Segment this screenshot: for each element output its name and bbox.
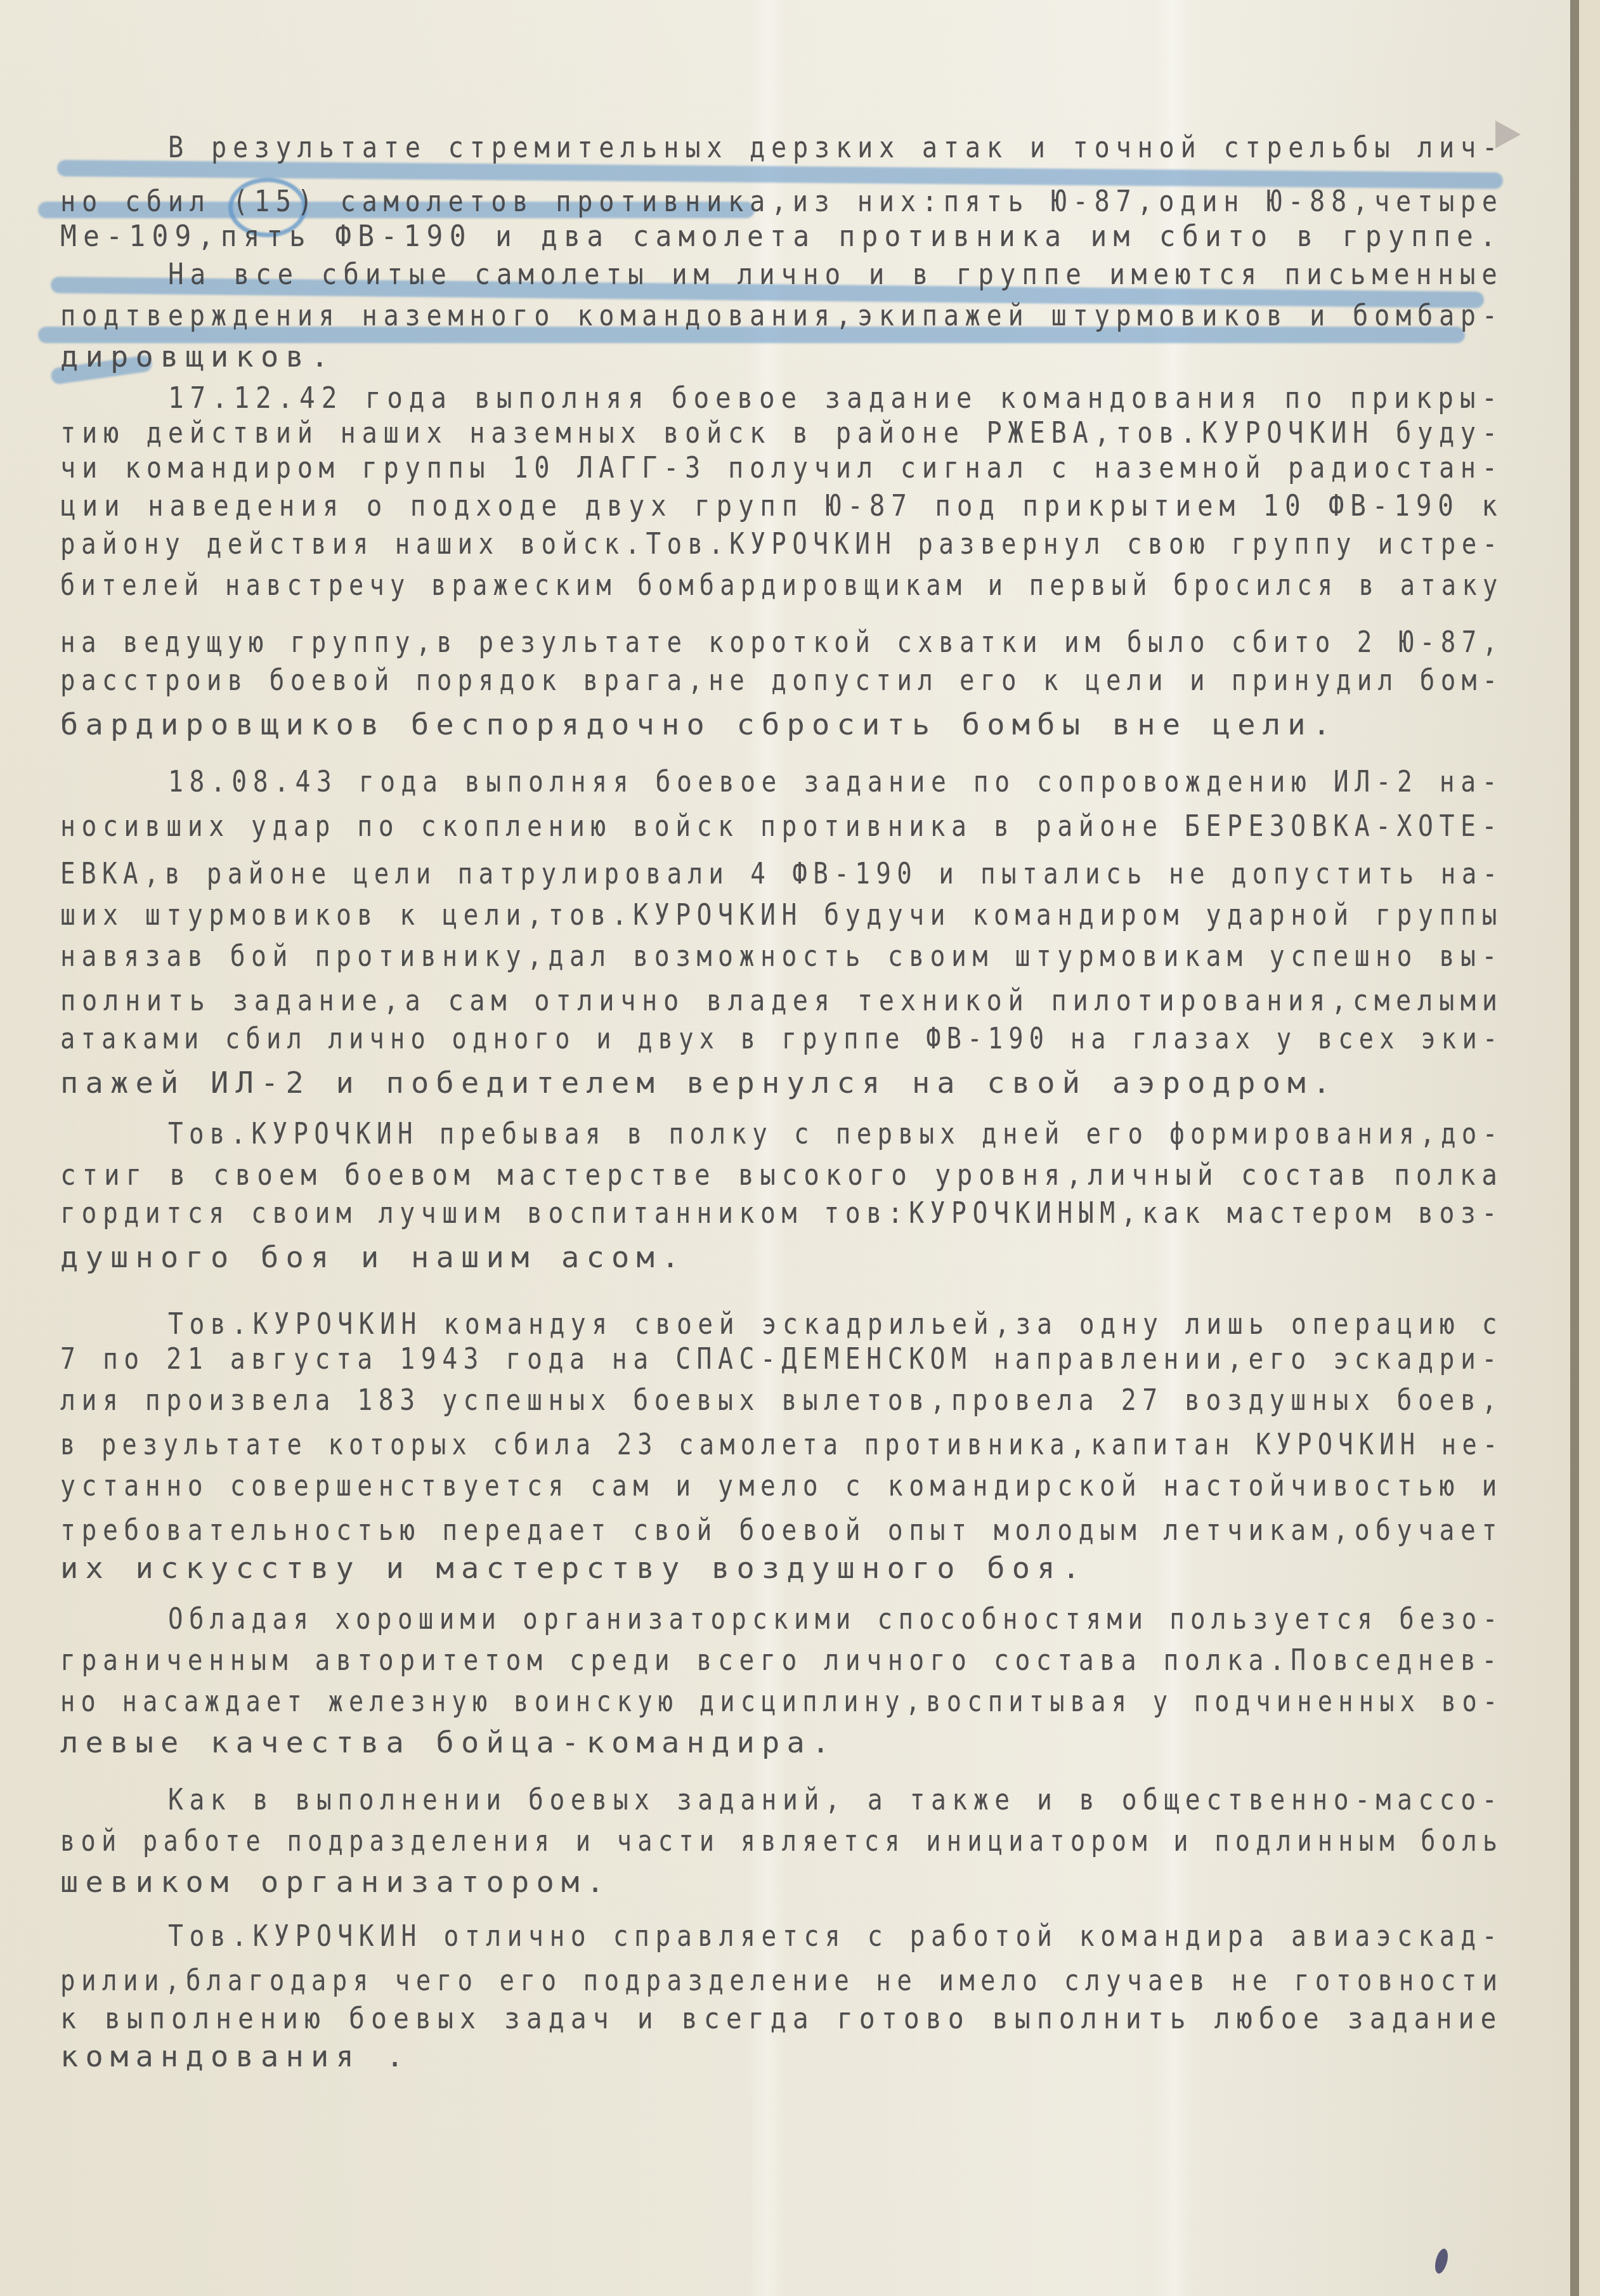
text-line: гордится своим лучшим воспитанником тов:…	[60, 1196, 1503, 1231]
text-line: но сбил (15) самолетов противника,из них…	[60, 184, 1504, 219]
text-line: полнить задание,а сам отлично владея тех…	[60, 983, 1504, 1019]
text-line: к выполнению боевых задач и всегда готов…	[60, 2001, 1503, 2037]
text-line: ЕВКА,в районе цели патрулировали 4 ФВ-19…	[60, 856, 1504, 892]
document-page: В результате стремительных дерзких атак …	[0, 0, 1579, 2296]
text-line: навязав бой противнику,дал возможность с…	[60, 939, 1503, 974]
text-line: Тов.КУРОЧКИН командуя своей эскадрильей,…	[168, 1307, 1503, 1342]
text-line: лия произвела 183 успешных боевых вылето…	[60, 1383, 1503, 1418]
text-line: вой работе подразделения и части являетс…	[60, 1823, 1503, 1859]
text-line: чи командиром группы 10 ЛАГГ-3 получил с…	[60, 450, 1504, 486]
text-line: ции наведения о подходе двух групп Ю-87 …	[60, 488, 1504, 524]
text-line: атаками сбил лично одного и двух в групп…	[60, 1021, 1503, 1057]
text-line: командования .	[60, 2039, 411, 2075]
text-line: бителей навстречу вражеским бомбардировщ…	[60, 568, 1503, 603]
text-line: ших штурмовиков к цели,тов.КУРОЧКИН буду…	[60, 897, 1503, 933]
text-line: подтверждения наземного командования,эки…	[60, 298, 1504, 334]
text-line: В результате стремительных дерзких атак …	[168, 130, 1504, 166]
text-line: левые качества бойца-командира.	[60, 1725, 836, 1761]
text-line: тию действий наших наземных войск в райо…	[60, 415, 1504, 451]
text-line: рилии,благодаря чего его подразделение н…	[60, 1963, 1504, 1999]
text-line: на ведущую группу,в результате короткой …	[60, 625, 1504, 660]
text-line: расстроив боевой порядок врага,не допуст…	[60, 663, 1504, 698]
text-line: Обладая хорошими организаторскими способ…	[168, 1601, 1504, 1637]
text-line: но насаждает железную воинскую дисциплин…	[60, 1684, 1503, 1719]
text-line: шевиком организатором.	[60, 1865, 611, 1900]
text-line: в результате которых сбила 23 самолета п…	[60, 1427, 1503, 1463]
text-line: граниченным авторитетом среди всего личн…	[60, 1643, 1503, 1678]
text-line: району действия наших войск.Тов.КУРОЧКИН…	[60, 526, 1504, 562]
text-line: бардировщиков беспорядочно сбросить бомб…	[60, 707, 1337, 743]
text-line: устанно совершенствуется сам и умело с к…	[60, 1468, 1503, 1504]
text-line: 18.08.43 года выполняя боевое задание по…	[168, 764, 1503, 800]
text-line: стиг в своем боевом мастерстве высокого …	[60, 1158, 1504, 1193]
text-line: носивших удар по скоплению войск противн…	[60, 809, 1503, 844]
text-line: пажей ИЛ-2 и победителем вернулся на сво…	[60, 1066, 1337, 1101]
adjacent-page-strip	[1579, 0, 1600, 2296]
text-line: душного боя и нашим асом.	[60, 1240, 686, 1275]
text-line: Тов.КУРОЧКИН отлично справляется с работ…	[168, 1919, 1503, 1954]
page-edge	[1570, 0, 1579, 2296]
text-line: Тов.КУРОЧКИН пребывая в полку с первых д…	[168, 1116, 1504, 1152]
text-line: На все сбитые самолеты им лично и в груп…	[168, 257, 1504, 292]
text-line: Ме-109,пять ФВ-190 и два самолета против…	[60, 219, 1502, 254]
text-line: требовательностью передает свой боевой о…	[60, 1513, 1503, 1548]
text-line: 17.12.42 года выполняя боевое задание ко…	[168, 381, 1504, 416]
text-line: 7 по 21 августа 1943 года на СПАС-ДЕМЕНС…	[60, 1341, 1503, 1377]
text-line: дировщиков.	[60, 339, 335, 375]
text-line: их искусству и мастерству воздушного боя…	[60, 1551, 1087, 1586]
text-line: Как в выполнении боевых заданий, а также…	[168, 1782, 1503, 1818]
ink-blot	[1432, 2247, 1452, 2275]
